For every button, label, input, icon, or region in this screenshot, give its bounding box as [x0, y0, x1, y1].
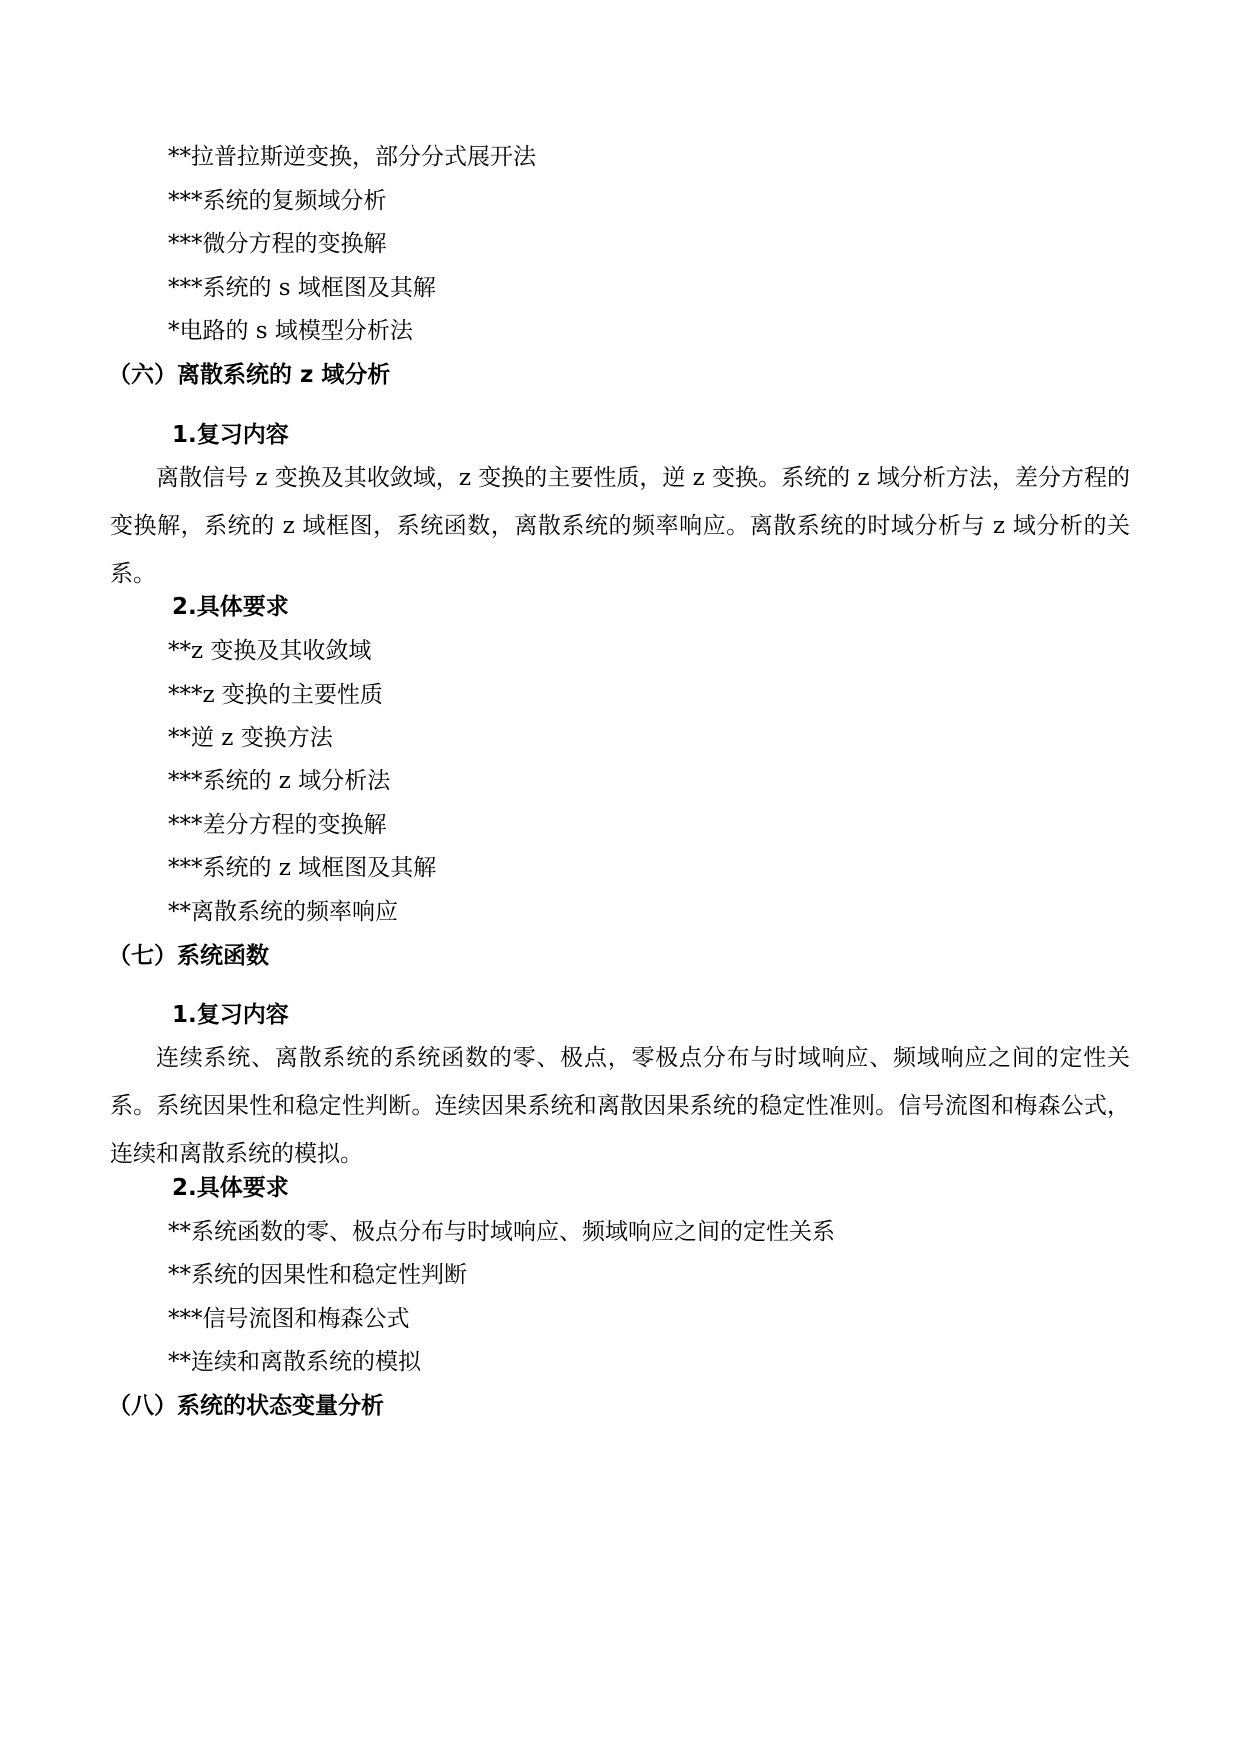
requirement-item: ***微分方程的变换解 [168, 229, 387, 259]
requirement-item: ***系统的 z 域分析法 [168, 766, 390, 796]
subsection-heading: 1.复习内容 [172, 1000, 289, 1030]
requirement-item: **离散系统的频率响应 [168, 897, 398, 927]
requirement-item: ***系统的复频域分析 [168, 186, 387, 216]
requirement-item: **系统的因果性和稳定性判断 [168, 1260, 467, 1290]
requirement-item: **系统函数的零、极点分布与时域响应、频域响应之间的定性关系 [168, 1217, 835, 1247]
section-heading: （七）系统函数 [108, 941, 269, 971]
requirement-item: **拉普拉斯逆变换，部分分式展开法 [168, 142, 536, 172]
review-paragraph: 连续系统、离散系统的系统函数的零、极点，零极点分布与时域响应、频域响应之间的定性… [110, 1034, 1130, 1178]
document-page: **拉普拉斯逆变换，部分分式展开法 ***系统的复频域分析 ***微分方程的变换… [0, 0, 1240, 1754]
section-heading: （八）系统的状态变量分析 [108, 1391, 384, 1421]
requirement-item: ***系统的 z 域框图及其解 [168, 853, 436, 883]
subsection-heading: 1.复习内容 [172, 420, 289, 450]
subsection-heading: 2.具体要求 [172, 592, 289, 622]
requirement-item: ***z 变换的主要性质 [168, 680, 383, 710]
subsection-heading: 2.具体要求 [172, 1173, 289, 1203]
requirement-item: ***差分方程的变换解 [168, 810, 387, 840]
requirement-item: ***信号流图和梅森公式 [168, 1304, 410, 1334]
requirement-item: **z 变换及其收敛域 [168, 636, 371, 666]
requirement-item: *电路的 s 域模型分析法 [168, 316, 413, 346]
requirement-item: **连续和离散系统的模拟 [168, 1347, 421, 1377]
requirement-item: **逆 z 变换方法 [168, 723, 333, 753]
review-paragraph: 离散信号 z 变换及其收敛域，z 变换的主要性质，逆 z 变换。系统的 z 域分… [110, 454, 1130, 598]
requirement-item: ***系统的 s 域框图及其解 [168, 273, 436, 303]
section-heading: （六）离散系统的 z 域分析 [108, 360, 390, 390]
